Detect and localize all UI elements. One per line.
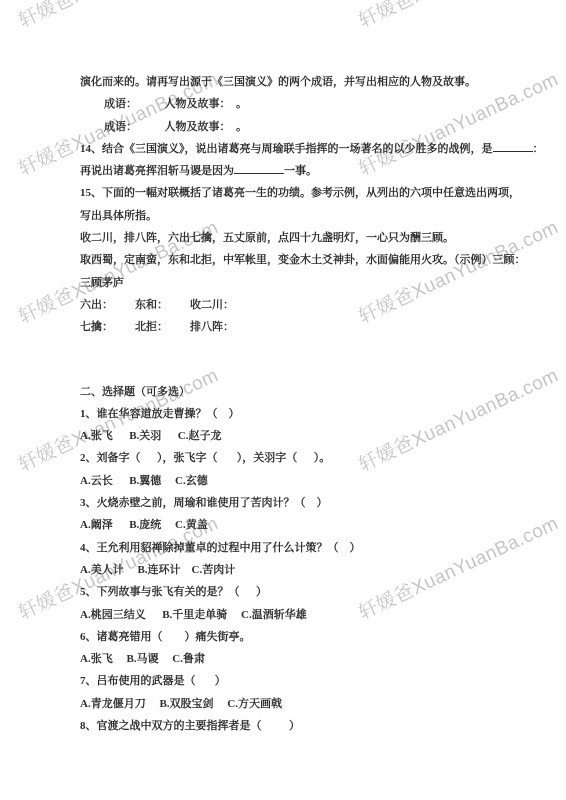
question-1-options: A.张飞 B.关羽 C.赵子龙 xyxy=(80,425,555,447)
question-14-line-1: 14、结合《三国演义》，说出诸葛亮与周瑜联手指挥的一场著名的以少胜多的战例，是： xyxy=(80,138,555,160)
question-1-text: 1、谁在华容道放走曹操？（ ） xyxy=(80,403,555,425)
question-14-punct: ： xyxy=(533,143,544,155)
question-5-text: 5、下列故事与张飞有关的是？（ ） xyxy=(80,581,555,603)
question-2-text: 2、刘备字（ ），张飞字（ ），关羽字（ ）。 xyxy=(80,447,555,469)
worksheet-page: 轩媛爸XuanYuanBa.com 轩媛爸XuanYuanBa.com 轩媛爸X… xyxy=(0,0,566,800)
question-6-options: A.张飞 B.马谡 C.鲁肃 xyxy=(80,648,555,670)
section2-title: 二、选择题（可多选） xyxy=(80,381,555,403)
couplet-line-1: 收二川，排八阵，六出七擒，五丈原前，点四十九盏明灯，一心只为酬三顾。 xyxy=(80,227,555,249)
answer-blank xyxy=(234,162,284,174)
answer-blank xyxy=(493,140,533,152)
question-14-text: 14、结合《三国演义》，说出诸葛亮与周瑜联手指挥的一场著名的以少胜多的战例，是 xyxy=(80,143,493,155)
question-4-text: 4、王允利用貂禅除掉董卓的过程中用了什么计策？（ ） xyxy=(80,537,555,559)
question-14b-tail: 一事。 xyxy=(284,165,317,177)
idiom-blank-line-1: 成语： 人物及故事： 。 xyxy=(80,93,555,115)
question-15-line-2: 写出具体所指。 xyxy=(80,205,555,227)
watermark-text: 轩媛爸XuanYuanBa.com xyxy=(16,0,223,33)
question-7-text: 7、吕布使用的武器是（ ） xyxy=(80,670,555,692)
couplet-blanks-row-2: 七擒： 北拒： 排八阵： xyxy=(80,316,555,338)
example-answer-line: 三顾茅庐 xyxy=(80,272,555,294)
watermark-text: 轩媛爸XuanYuanBa.com xyxy=(356,0,563,33)
question-14b-text: 再说出诸葛亮挥泪斩马谡是因为 xyxy=(80,165,234,177)
couplet-blanks-row-1: 六出： 东和： 收二川： xyxy=(80,294,555,316)
question-2-options: A.云长 B.翼德 C.玄德 xyxy=(80,470,555,492)
question-14-line-2: 再说出诸葛亮挥泪斩马谡是因为一事。 xyxy=(80,160,555,182)
idiom-blank-line-2: 成语： 人物及故事： 。 xyxy=(80,116,555,138)
question-3-options: A.阚泽 B.庞统 C.黄盖 xyxy=(80,514,555,536)
question-6-text: 6、诸葛亮错用（ ）痛失街亭。 xyxy=(80,626,555,648)
question-15-line-1: 15、下面的一幅对联概括了诸葛亮一生的功绩。参考示例，从列出的六项中任意选出两项… xyxy=(80,182,555,204)
section-spacer xyxy=(80,339,555,381)
question-4-options: A.美人计 B.连环计 C.苦肉计 xyxy=(80,559,555,581)
question-8-text: 8、官渡之战中双方的主要指挥者是（ ） xyxy=(80,715,555,737)
couplet-line-2: 取西蜀，定南蛮，东和北拒，中军帐里，变金木土爻神卦，水面偏能用火攻。（示例）三顾… xyxy=(80,249,555,271)
intro-line: 演化而来的。请再写出源于《三国演义》的两个成语，并写出相应的人物及故事。 xyxy=(80,71,555,93)
question-3-text: 3、火烧赤壁之前，周瑜和谁使用了苦肉计？（ ） xyxy=(80,492,555,514)
question-5-options: A.桃园三结义 B.千里走单骑 C.温酒斩华雄 xyxy=(80,604,555,626)
document-content: 演化而来的。请再写出源于《三国演义》的两个成语，并写出相应的人物及故事。 成语：… xyxy=(80,71,555,737)
question-7-options: A.青龙偃月刀 B.双股宝剑 C.方天画戟 xyxy=(80,693,555,715)
